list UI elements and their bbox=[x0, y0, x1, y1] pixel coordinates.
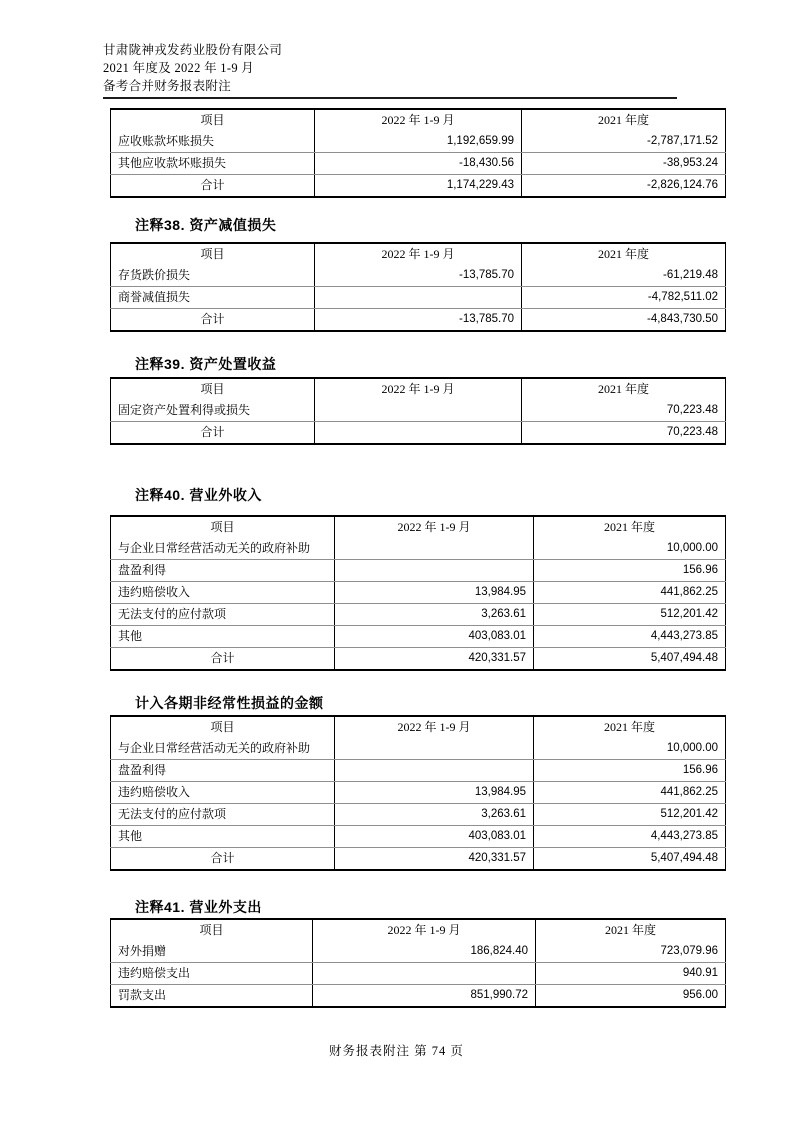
total-row: 合计70,223.48 bbox=[111, 422, 726, 445]
value-cell bbox=[313, 963, 536, 985]
table-row: 应收账款坏账损失1,192,659.99-2,787,171.52 bbox=[111, 131, 726, 153]
value-cell: -2,826,124.76 bbox=[522, 175, 726, 198]
column-header: 2021 年度 bbox=[522, 378, 726, 400]
value-cell: 5,407,494.48 bbox=[534, 648, 726, 671]
total-row: 合计420,331.575,407,494.48 bbox=[111, 648, 726, 671]
column-header: 2021 年度 bbox=[534, 516, 726, 538]
table-row: 无法支付的应付款项3,263.61512,201.42 bbox=[111, 604, 726, 626]
value-cell: 851,990.72 bbox=[313, 985, 536, 1008]
non-operating-income-table: 项目2022 年 1-9 月2021 年度与企业日常经营活动无关的政府补助10,… bbox=[110, 515, 726, 671]
table-row: 对外捐赠186,824.40723,079.96 bbox=[111, 941, 726, 963]
column-header: 2022 年 1-9 月 bbox=[335, 716, 534, 738]
value-cell: 512,201.42 bbox=[534, 804, 726, 826]
row-label: 对外捐赠 bbox=[111, 941, 313, 963]
table-row: 违约赔偿收入13,984.95441,862.25 bbox=[111, 582, 726, 604]
row-label: 与企业日常经营活动无关的政府补助 bbox=[111, 738, 335, 760]
table-row: 与企业日常经营活动无关的政府补助10,000.00 bbox=[111, 538, 726, 560]
value-cell: 10,000.00 bbox=[534, 538, 726, 560]
table-row: 存货跌价损失-13,785.70-61,219.48 bbox=[111, 265, 726, 287]
value-cell: 186,824.40 bbox=[313, 941, 536, 963]
nonrecurring-gain-loss-table: 项目2022 年 1-9 月2021 年度与企业日常经营活动无关的政府补助10,… bbox=[110, 715, 726, 871]
table-row: 无法支付的应付款项3,263.61512,201.42 bbox=[111, 804, 726, 826]
value-cell: 4,443,273.85 bbox=[534, 826, 726, 848]
section-title-note40: 注释40. 营业外收入 bbox=[135, 487, 262, 503]
table-header-row: 项目2022 年 1-9 月2021 年度 bbox=[111, 716, 726, 738]
page-footer: 财务报表附注 第 74 页 bbox=[0, 1041, 793, 1059]
value-cell: 13,984.95 bbox=[335, 582, 534, 604]
section-title-note41: 注释41. 营业外支出 bbox=[135, 899, 262, 915]
row-label: 合计 bbox=[111, 175, 315, 198]
row-label: 与企业日常经营活动无关的政府补助 bbox=[111, 538, 335, 560]
report-period: 2021 年度及 2022 年 1-9 月 bbox=[103, 59, 282, 77]
bad-debt-loss-table: 项目2022 年 1-9 月2021 年度应收账款坏账损失1,192,659.9… bbox=[110, 108, 726, 198]
table-header-row: 项目2022 年 1-9 月2021 年度 bbox=[111, 516, 726, 538]
total-row: 合计420,331.575,407,494.48 bbox=[111, 848, 726, 871]
table-header-row: 项目2022 年 1-9 月2021 年度 bbox=[111, 109, 726, 131]
value-cell bbox=[335, 760, 534, 782]
value-cell bbox=[315, 400, 522, 422]
total-row: 合计1,174,229.43-2,826,124.76 bbox=[111, 175, 726, 198]
value-cell bbox=[335, 738, 534, 760]
value-cell: -13,785.70 bbox=[315, 265, 522, 287]
header-divider-rule bbox=[103, 97, 677, 99]
section-title-note38: 注释38. 资产减值损失 bbox=[135, 217, 276, 233]
row-label: 其他 bbox=[111, 626, 335, 648]
value-cell: 156.96 bbox=[534, 560, 726, 582]
row-label: 违约赔偿收入 bbox=[111, 782, 335, 804]
value-cell: 420,331.57 bbox=[335, 648, 534, 671]
column-header: 项目 bbox=[111, 716, 335, 738]
column-header: 2022 年 1-9 月 bbox=[335, 516, 534, 538]
table-row: 违约赔偿收入13,984.95441,862.25 bbox=[111, 782, 726, 804]
value-cell: 723,079.96 bbox=[536, 941, 726, 963]
table-header-row: 项目2022 年 1-9 月2021 年度 bbox=[111, 919, 726, 941]
value-cell: 940.91 bbox=[536, 963, 726, 985]
value-cell bbox=[315, 422, 522, 445]
document-page: 甘肃陇神戎发药业股份有限公司 2021 年度及 2022 年 1-9 月 备考合… bbox=[0, 0, 793, 1122]
value-cell: 512,201.42 bbox=[534, 604, 726, 626]
value-cell bbox=[315, 287, 522, 309]
value-cell: 441,862.25 bbox=[534, 782, 726, 804]
asset-disposal-gain-table: 项目2022 年 1-9 月2021 年度固定资产处置利得或损失70,223.4… bbox=[110, 377, 726, 445]
value-cell: 403,083.01 bbox=[335, 626, 534, 648]
value-cell: -61,219.48 bbox=[522, 265, 726, 287]
company-name: 甘肃陇神戎发药业股份有限公司 bbox=[103, 41, 282, 59]
column-header: 2022 年 1-9 月 bbox=[315, 243, 522, 265]
column-header: 2022 年 1-9 月 bbox=[313, 919, 536, 941]
value-cell: 441,862.25 bbox=[534, 582, 726, 604]
row-label: 商誉减值损失 bbox=[111, 287, 315, 309]
column-header: 2021 年度 bbox=[522, 243, 726, 265]
value-cell: -13,785.70 bbox=[315, 309, 522, 332]
value-cell: -18,430.56 bbox=[315, 153, 522, 175]
value-cell: -38,953.24 bbox=[522, 153, 726, 175]
row-label: 盘盈利得 bbox=[111, 760, 335, 782]
row-label: 其他 bbox=[111, 826, 335, 848]
row-label: 合计 bbox=[111, 848, 335, 871]
document-header: 甘肃陇神戎发药业股份有限公司 2021 年度及 2022 年 1-9 月 备考合… bbox=[103, 41, 282, 95]
column-header: 项目 bbox=[111, 919, 313, 941]
asset-impairment-table: 项目2022 年 1-9 月2021 年度存货跌价损失-13,785.70-61… bbox=[110, 242, 726, 332]
row-label: 无法支付的应付款项 bbox=[111, 804, 335, 826]
table-row: 盘盈利得156.96 bbox=[111, 560, 726, 582]
row-label: 合计 bbox=[111, 648, 335, 671]
row-label: 合计 bbox=[111, 422, 315, 445]
value-cell: 3,263.61 bbox=[335, 804, 534, 826]
row-label: 违约赔偿支出 bbox=[111, 963, 313, 985]
value-cell: 420,331.57 bbox=[335, 848, 534, 871]
total-row: 合计-13,785.70-4,843,730.50 bbox=[111, 309, 726, 332]
value-cell: 70,223.48 bbox=[522, 422, 726, 445]
column-header: 2021 年度 bbox=[534, 716, 726, 738]
value-cell: 156.96 bbox=[534, 760, 726, 782]
column-header: 项目 bbox=[111, 516, 335, 538]
section-title-note39: 注释39. 资产处置收益 bbox=[135, 356, 276, 372]
row-label: 合计 bbox=[111, 309, 315, 332]
value-cell: 1,192,659.99 bbox=[315, 131, 522, 153]
table-header-row: 项目2022 年 1-9 月2021 年度 bbox=[111, 243, 726, 265]
table-header-row: 项目2022 年 1-9 月2021 年度 bbox=[111, 378, 726, 400]
row-label: 违约赔偿收入 bbox=[111, 582, 335, 604]
row-label: 盘盈利得 bbox=[111, 560, 335, 582]
value-cell: -2,787,171.52 bbox=[522, 131, 726, 153]
value-cell: 3,263.61 bbox=[335, 604, 534, 626]
column-header: 2022 年 1-9 月 bbox=[315, 109, 522, 131]
value-cell: 13,984.95 bbox=[335, 782, 534, 804]
table-row: 其他403,083.014,443,273.85 bbox=[111, 826, 726, 848]
value-cell: 5,407,494.48 bbox=[534, 848, 726, 871]
table-row: 其他403,083.014,443,273.85 bbox=[111, 626, 726, 648]
column-header: 项目 bbox=[111, 109, 315, 131]
value-cell bbox=[335, 538, 534, 560]
table-row: 固定资产处置利得或损失70,223.48 bbox=[111, 400, 726, 422]
table-row: 违约赔偿支出940.91 bbox=[111, 963, 726, 985]
value-cell bbox=[335, 560, 534, 582]
value-cell: 1,174,229.43 bbox=[315, 175, 522, 198]
column-header: 2021 年度 bbox=[536, 919, 726, 941]
value-cell: 403,083.01 bbox=[335, 826, 534, 848]
table-row: 与企业日常经营活动无关的政府补助10,000.00 bbox=[111, 738, 726, 760]
row-label: 存货跌价损失 bbox=[111, 265, 315, 287]
row-label: 应收账款坏账损失 bbox=[111, 131, 315, 153]
column-header: 2022 年 1-9 月 bbox=[315, 378, 522, 400]
table-row: 其他应收款坏账损失-18,430.56-38,953.24 bbox=[111, 153, 726, 175]
column-header: 2021 年度 bbox=[522, 109, 726, 131]
column-header: 项目 bbox=[111, 243, 315, 265]
table-row: 商誉减值损失-4,782,511.02 bbox=[111, 287, 726, 309]
row-label: 固定资产处置利得或损失 bbox=[111, 400, 315, 422]
row-label: 其他应收款坏账损失 bbox=[111, 153, 315, 175]
section-title-nonrecurring: 计入各期非经常性损益的金额 bbox=[135, 695, 324, 711]
table-row: 盘盈利得156.96 bbox=[111, 760, 726, 782]
value-cell: 4,443,273.85 bbox=[534, 626, 726, 648]
value-cell: -4,843,730.50 bbox=[522, 309, 726, 332]
table-row: 罚款支出851,990.72956.00 bbox=[111, 985, 726, 1008]
row-label: 无法支付的应付款项 bbox=[111, 604, 335, 626]
column-header: 项目 bbox=[111, 378, 315, 400]
value-cell: 10,000.00 bbox=[534, 738, 726, 760]
row-label: 罚款支出 bbox=[111, 985, 313, 1008]
report-title: 备考合并财务报表附注 bbox=[103, 77, 282, 95]
value-cell: -4,782,511.02 bbox=[522, 287, 726, 309]
value-cell: 70,223.48 bbox=[522, 400, 726, 422]
value-cell: 956.00 bbox=[536, 985, 726, 1008]
non-operating-expense-table: 项目2022 年 1-9 月2021 年度对外捐赠186,824.40723,0… bbox=[110, 918, 726, 1008]
